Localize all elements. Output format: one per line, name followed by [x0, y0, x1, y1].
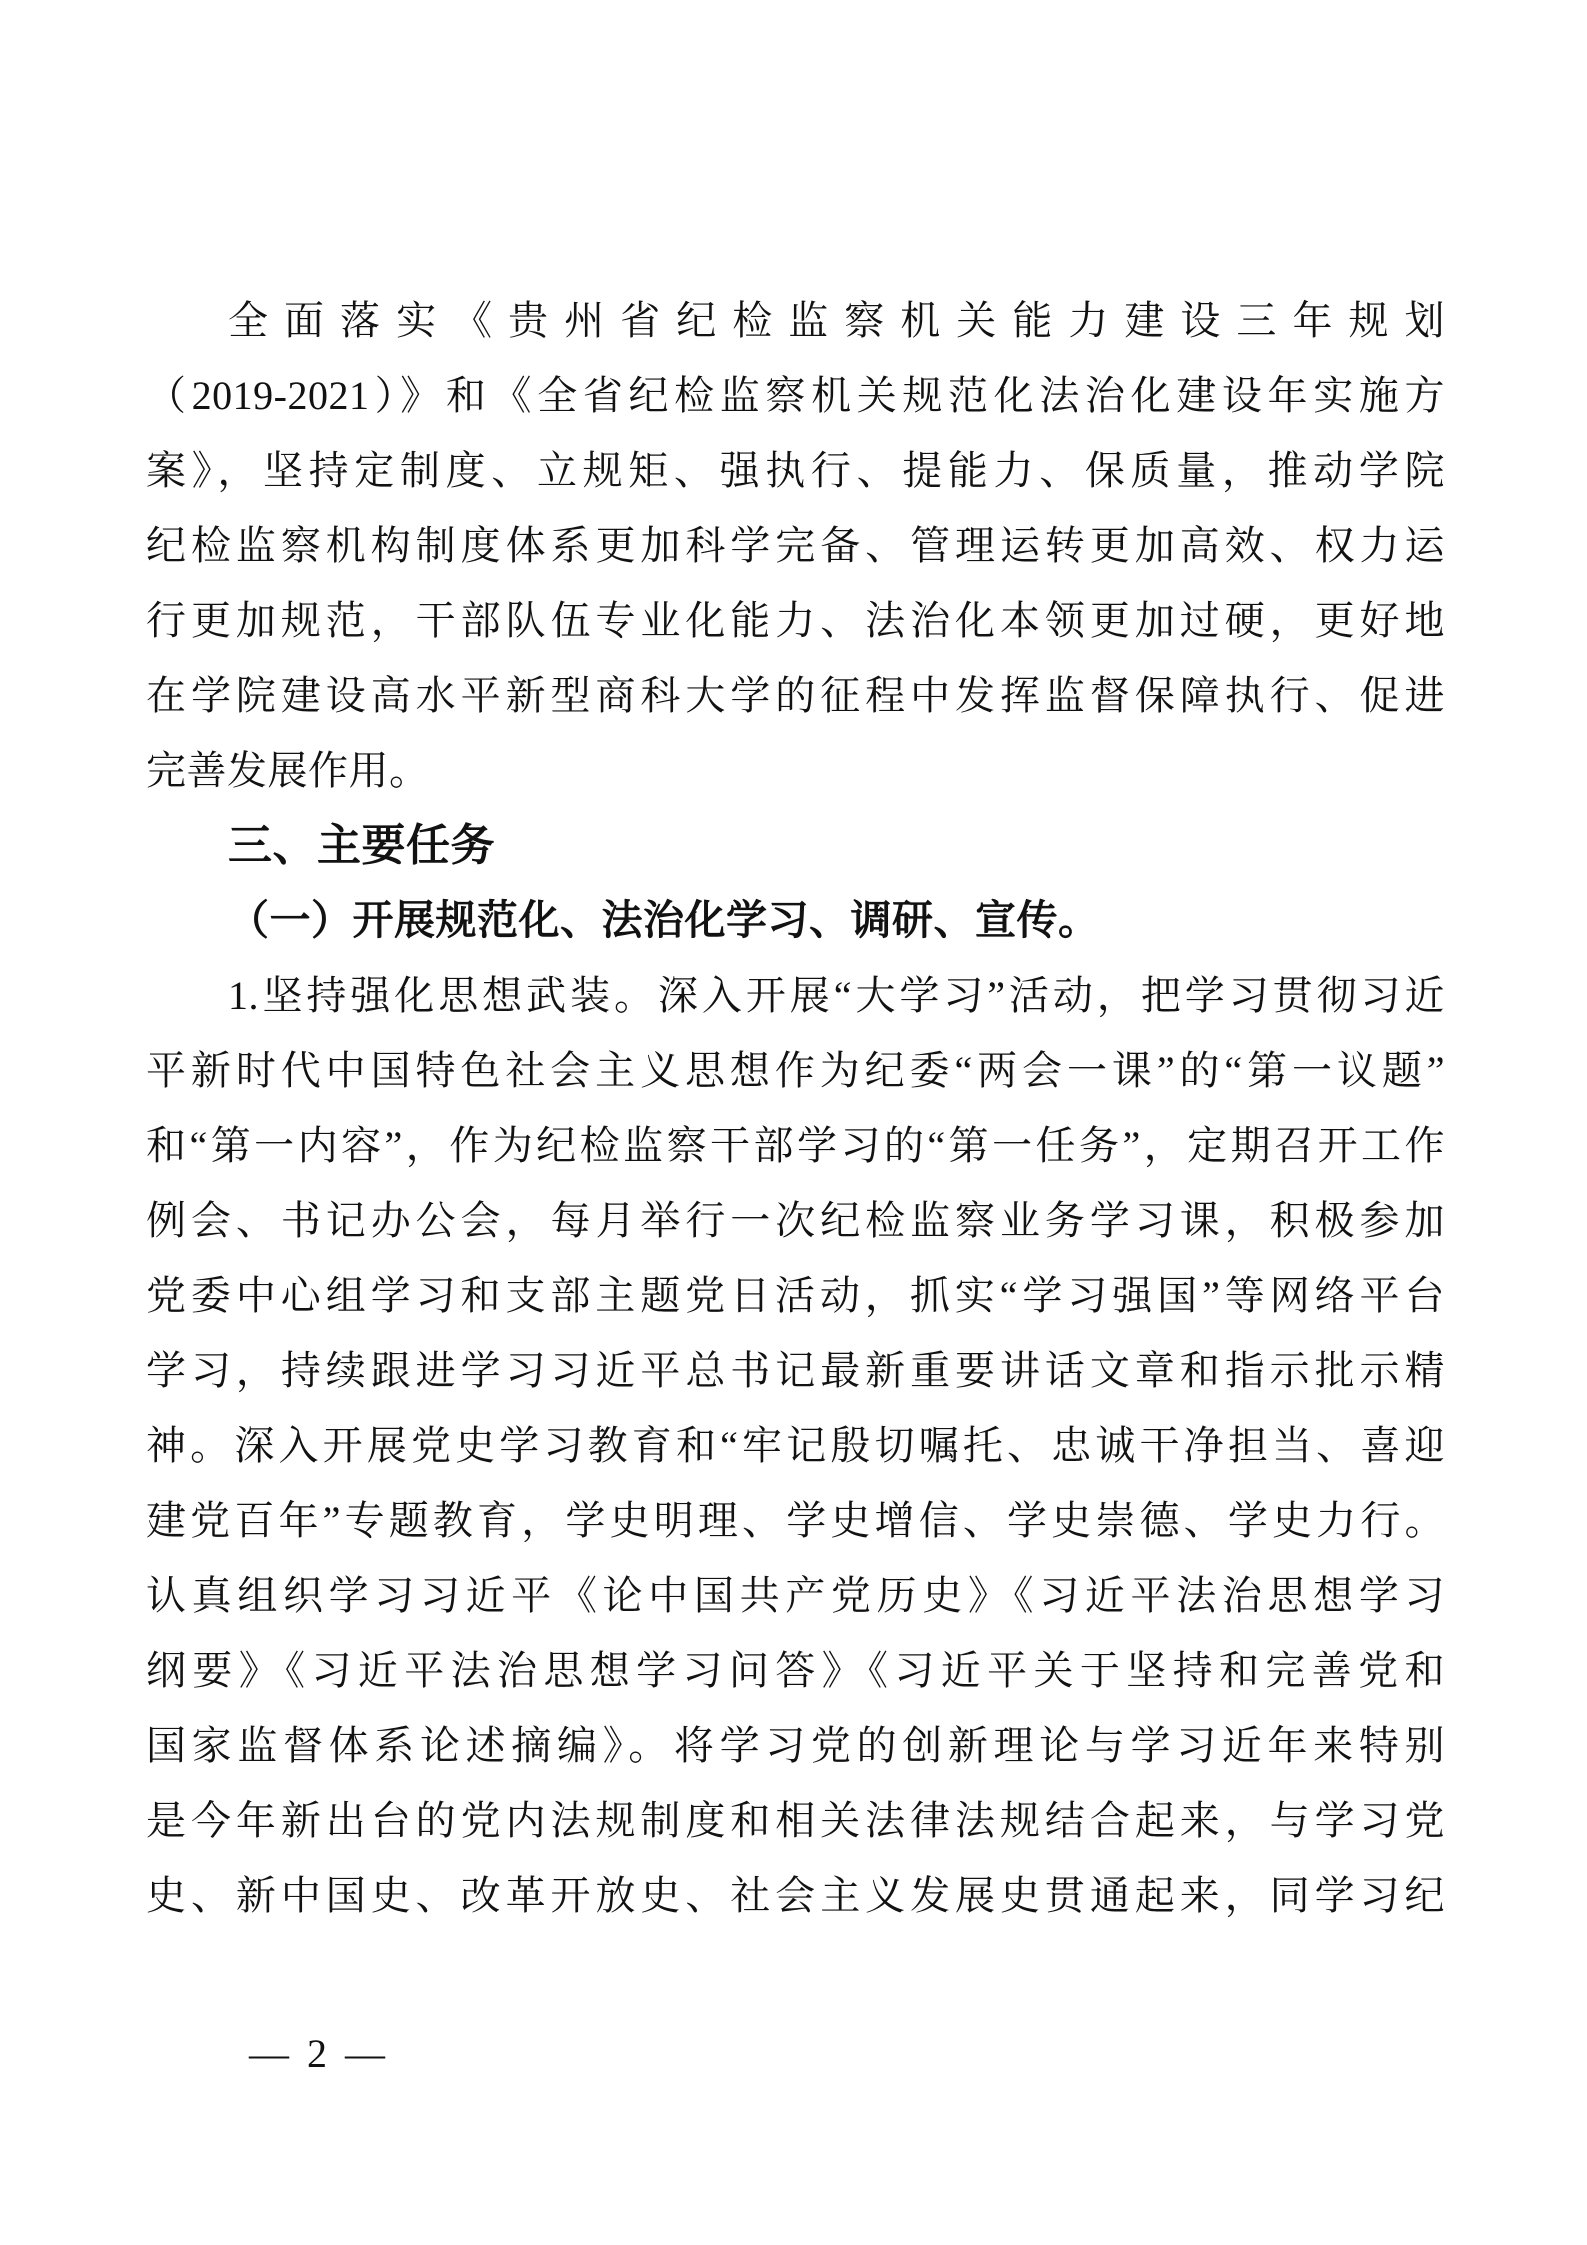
body-text-line: 学习，持续跟进学习习近平总书记最新重要讲话文章和指示批示精	[146, 1333, 1445, 1408]
document-page: 全面落实《贵州省纪检监察机关能力建设三年规划 （2019-2021）》和《全省纪…	[0, 0, 1587, 2245]
body-text-line: 行更加规范，干部队伍专业化能力、法治化本领更加过硬，更好地	[146, 583, 1445, 658]
page-number: — 2 —	[249, 2024, 389, 2084]
body-text-line: 例会、书记办公会，每月举行一次纪检监察业务学习课，积极参加	[146, 1183, 1445, 1258]
body-text-line: 平新时代中国特色社会主义思想作为纪委“两会一课”的“第一议题”	[146, 1033, 1445, 1108]
body-text-line: 纪检监察机构制度体系更加科学完备、管理运转更加高效、权力运	[146, 508, 1445, 583]
body-text-line: 党委中心组学习和支部主题党日活动，抓实“学习强国”等网络平台	[146, 1258, 1445, 1333]
body-text-line: 案》，坚持定制度、立规矩、强执行、提能力、保质量，推动学院	[146, 433, 1445, 508]
body-text-line: 国家监督体系论述摘编》。将学习党的创新理论与学习近年来特别	[146, 1708, 1445, 1783]
body-text-line: 建党百年”专题教育，学史明理、学史增信、学史崇德、学史力行。	[146, 1483, 1445, 1558]
body-text-line: 和“第一内容”，作为纪检监察干部学习的“第一任务”，定期召开工作	[146, 1108, 1445, 1183]
body-text-line: 全面落实《贵州省纪检监察机关能力建设三年规划	[146, 283, 1445, 358]
body-text-line: 纲要》《习近平法治思想学习问答》《习近平关于坚持和完善党和	[146, 1633, 1445, 1708]
section-heading: 三、主要任务	[146, 808, 1445, 883]
body-text-line: （2019-2021）》和《全省纪检监察机关规范化法治化建设年实施方	[146, 358, 1445, 433]
body-text-line: 完善发展作用。	[146, 733, 1445, 808]
body-text-line: 是今年新出台的党内法规制度和相关法律法规结合起来，与学习党	[146, 1783, 1445, 1858]
body-text-line: 神。深入开展党史学习教育和“牢记殷切嘱托、忠诚干净担当、喜迎	[146, 1408, 1445, 1483]
body-text-line: 认真组织学习习近平《论中国共产党历史》《习近平法治思想学习	[146, 1558, 1445, 1633]
body-text-line: 1.坚持强化思想武装。深入开展“大学习”活动，把学习贯彻习近	[146, 958, 1445, 1033]
page-body: 全面落实《贵州省纪检监察机关能力建设三年规划 （2019-2021）》和《全省纪…	[146, 283, 1445, 1933]
body-text-line: 史、新中国史、改革开放史、社会主义发展史贯通起来，同学习纪	[146, 1858, 1445, 1933]
subsection-heading: （一）开展规范化、法治化学习、调研、宣传。	[146, 883, 1445, 958]
body-text-line: 在学院建设高水平新型商科大学的征程中发挥监督保障执行、促进	[146, 658, 1445, 733]
